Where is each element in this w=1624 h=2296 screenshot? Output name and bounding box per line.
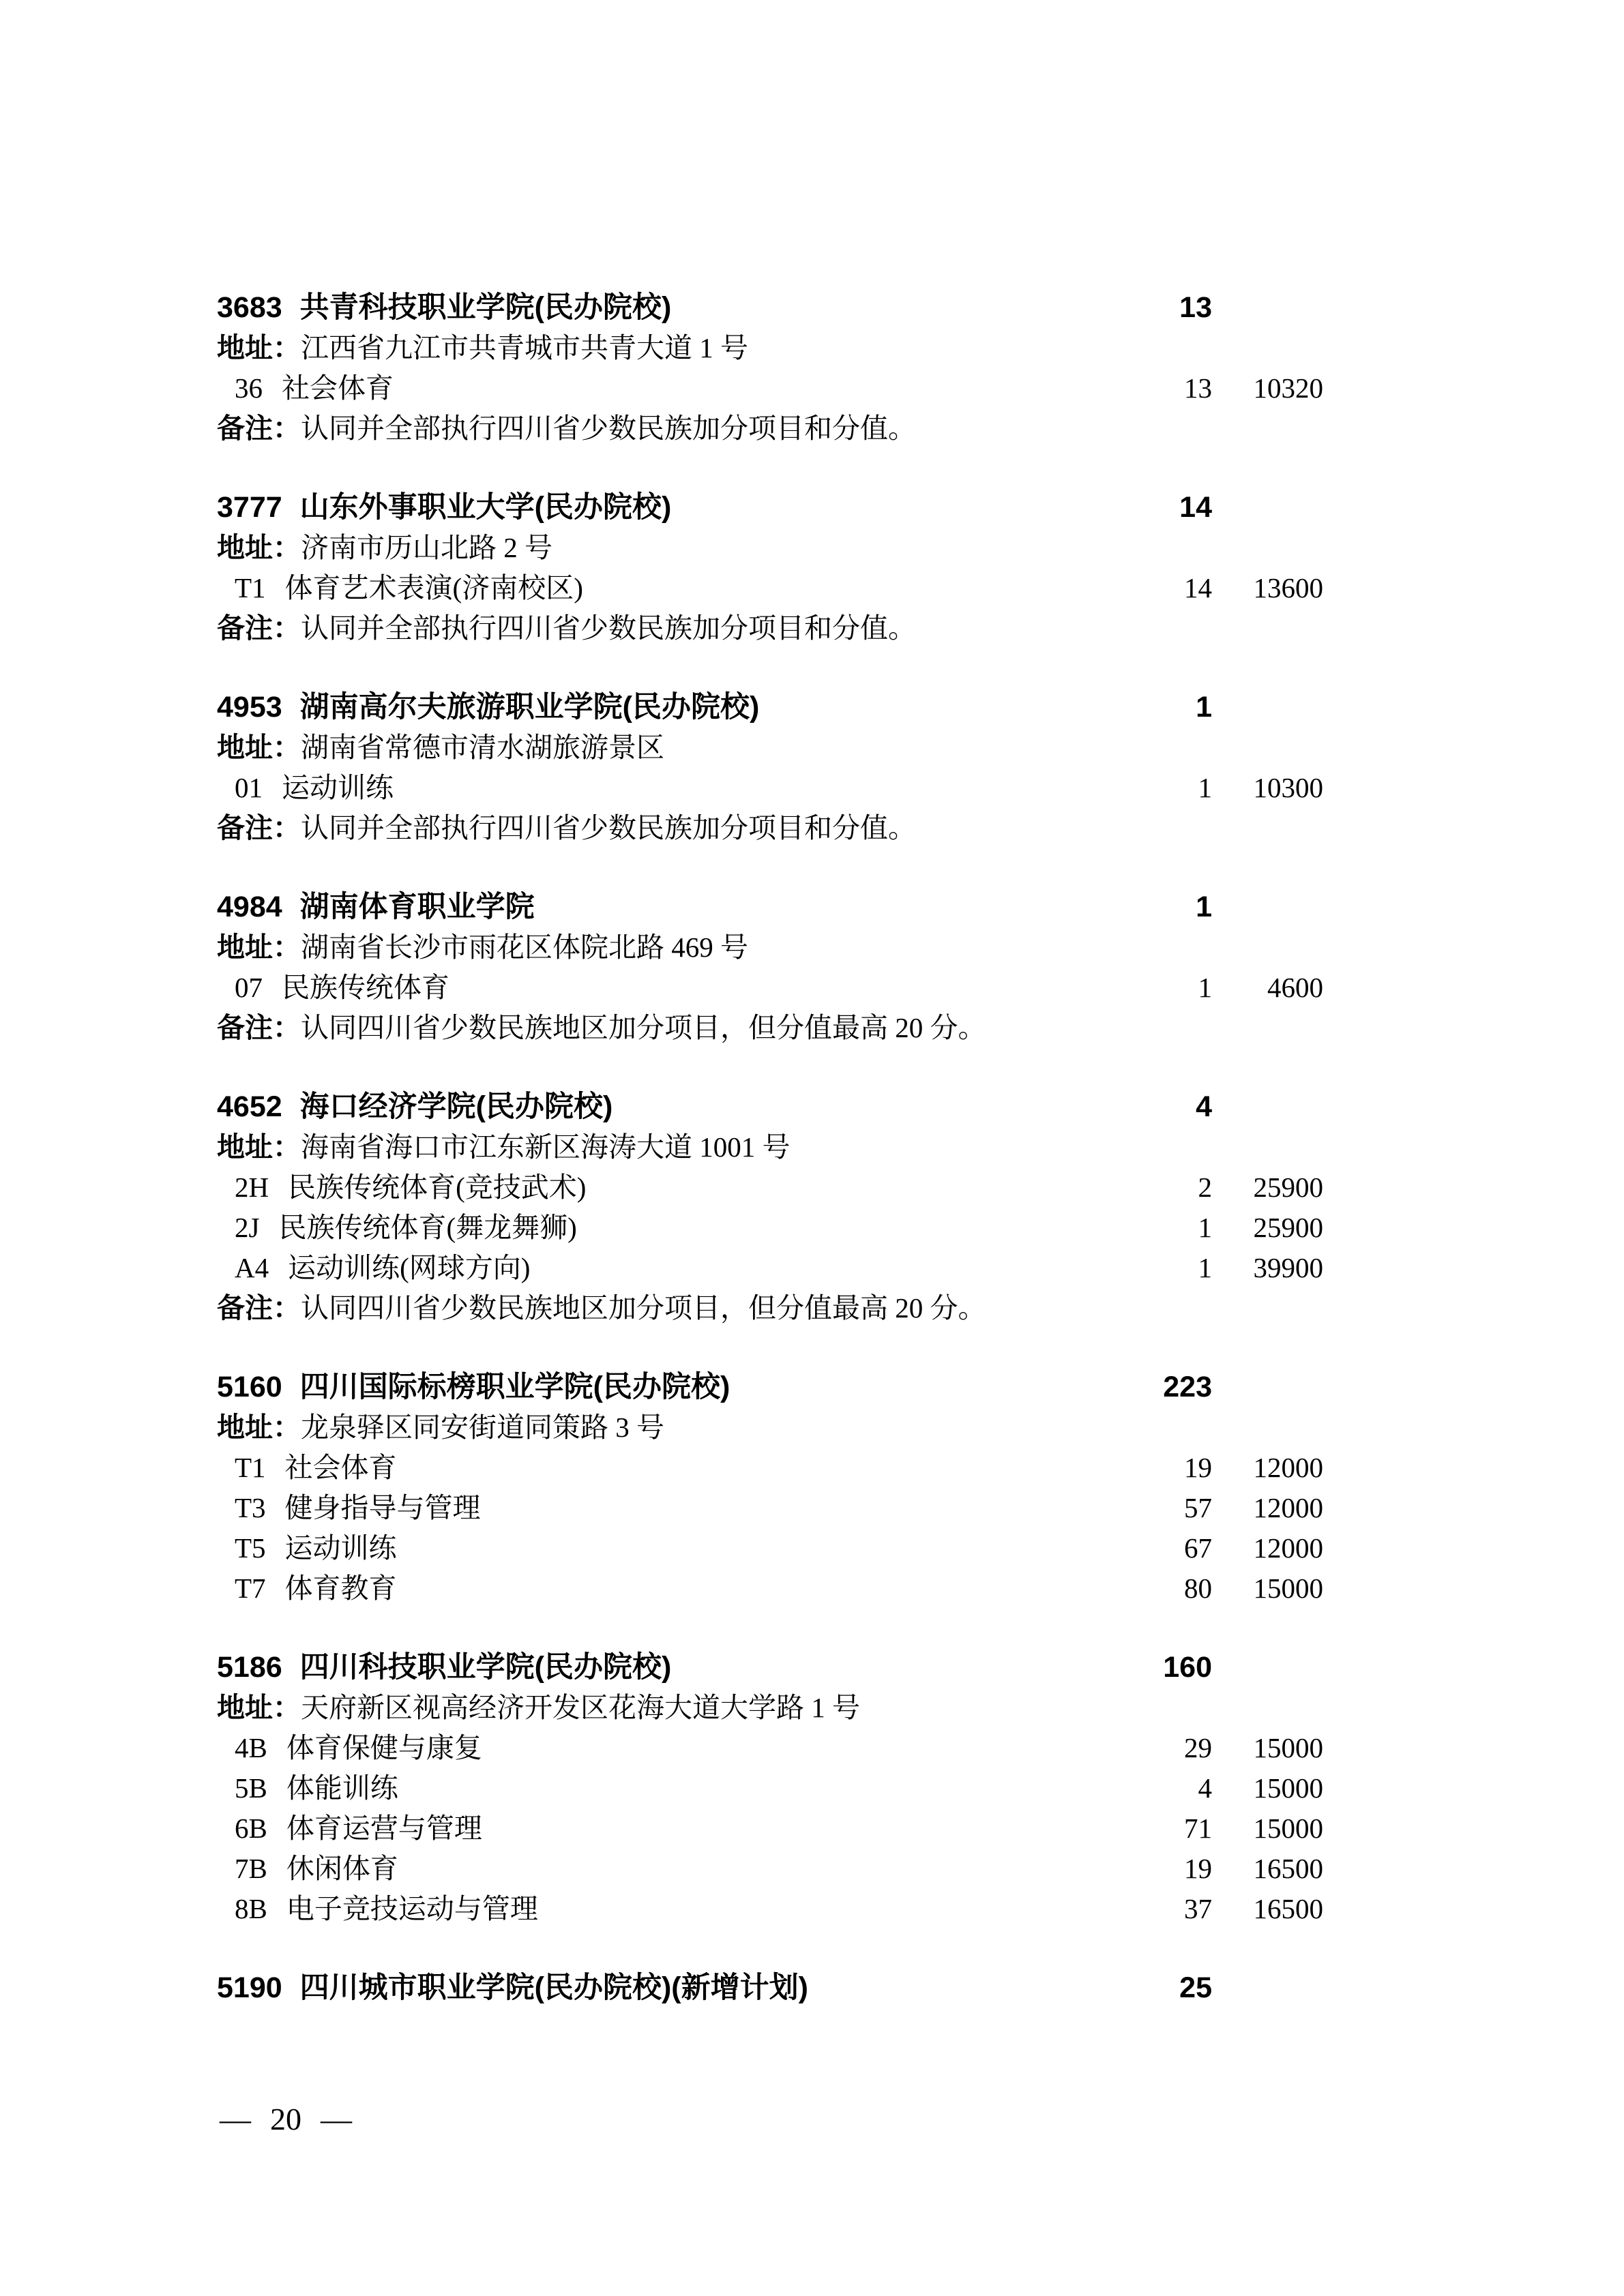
program-code: T1: [235, 1448, 266, 1488]
college-total-count: 13: [1117, 288, 1212, 328]
address-row: 地址：湖南省常德市清水湖旅游景区: [217, 728, 1323, 768]
college-name: 湖南高尔夫旅游职业学院(民办院校): [300, 691, 760, 724]
program-name: 电子竞技运动与管理: [286, 1889, 1117, 1929]
program-fee: 16500: [1212, 1849, 1323, 1889]
program-count: 1: [1117, 968, 1212, 1008]
college-name: 四川国际标榜职业学院(民办院校): [300, 1371, 730, 1403]
address-text: 济南市历山北路 2 号: [301, 532, 552, 563]
college-name: 共青科技职业学院(民办院校): [300, 291, 672, 324]
address-text: 天府新区视高经济开发区花海大道大学路 1 号: [301, 1692, 860, 1723]
college-total-count: 1: [1117, 687, 1212, 728]
program-row: 7B 休闲体育 19 16500: [217, 1849, 1323, 1889]
college-total-count: 1: [1117, 887, 1212, 927]
remark-label: 备注：: [217, 812, 301, 844]
college-block: 4652海口经济学院(民办院校) 4 地址：海南省海口市江东新区海涛大道 100…: [217, 1087, 1323, 1328]
program-fee: 4600: [1212, 968, 1323, 1008]
college-total-count: 4: [1117, 1087, 1212, 1127]
college-name: 四川科技职业学院(民办院校): [300, 1651, 672, 1684]
program-fee: 12000: [1212, 1488, 1323, 1528]
program-fee: 13600: [1212, 568, 1323, 608]
college-block: 5160四川国际标榜职业学院(民办院校) 223 地址：龙泉驿区同安街道同策路 …: [217, 1367, 1323, 1609]
program-row: 36 社会体育 13 10320: [217, 368, 1323, 408]
program-name: 体育艺术表演(济南校区): [285, 568, 1117, 608]
remark-row: 备注：认同四川省少数民族地区加分项目，但分值最高 20 分。: [217, 1008, 1323, 1048]
college-name: 湖南体育职业学院: [300, 891, 535, 923]
address-row: 地址：江西省九江市共青城市共青大道 1 号: [217, 328, 1323, 368]
program-code: 36: [235, 368, 263, 408]
program-count: 29: [1117, 1728, 1212, 1768]
remark-label: 备注：: [217, 612, 301, 644]
program-count: 1: [1117, 768, 1212, 808]
address-text: 江西省九江市共青城市共青大道 1 号: [301, 332, 748, 363]
program-count: 67: [1117, 1528, 1212, 1568]
program-name: 民族传统体育: [282, 968, 1117, 1008]
college-total-count: 25: [1117, 1968, 1212, 2008]
remark-row: 备注：认同并全部执行四川省少数民族加分项目和分值。: [217, 608, 1323, 648]
college-title: 4652海口经济学院(民办院校): [217, 1087, 1117, 1127]
address-text: 湖南省常德市清水湖旅游景区: [301, 732, 664, 763]
college-code: 3777: [217, 491, 282, 524]
program-row: T1 社会体育 19 12000: [217, 1448, 1323, 1488]
address-label: 地址：: [217, 332, 301, 363]
remark-text: 认同并全部执行四川省少数民族加分项目和分值。: [301, 413, 916, 444]
college-header: 4984湖南体育职业学院 1: [217, 887, 1323, 927]
program-code: 2J: [235, 1208, 259, 1248]
program-row: T5 运动训练 67 12000: [217, 1528, 1323, 1568]
page-footer: — 20 —: [220, 2099, 352, 2140]
college-title: 3683共青科技职业学院(民办院校): [217, 288, 1117, 328]
program-count: 19: [1117, 1849, 1212, 1889]
program-fee: 15000: [1212, 1768, 1323, 1808]
program-fee: 25900: [1212, 1167, 1323, 1208]
remark-row: 备注：认同并全部执行四川省少数民族加分项目和分值。: [217, 408, 1323, 449]
program-fee: 10320: [1212, 368, 1323, 408]
college-header: 3683共青科技职业学院(民办院校) 13: [217, 288, 1323, 328]
program-name: 体育保健与康复: [286, 1728, 1117, 1768]
program-name: 民族传统体育(竞技武术): [288, 1167, 1117, 1208]
program-count: 14: [1117, 568, 1212, 608]
college-block: 5186四川科技职业学院(民办院校) 160 地址：天府新区视高经济开发区花海大…: [217, 1648, 1323, 1929]
program-fee: 15000: [1212, 1728, 1323, 1768]
program-code: T1: [235, 568, 266, 608]
college-title: 5186四川科技职业学院(民办院校): [217, 1648, 1117, 1688]
program-name: 民族传统体育(舞龙舞狮): [278, 1208, 1117, 1248]
program-count: 1: [1117, 1248, 1212, 1288]
college-title: 4984湖南体育职业学院: [217, 887, 1117, 927]
college-code: 5186: [217, 1651, 282, 1684]
program-count: 19: [1117, 1448, 1212, 1488]
program-name: 运动训练: [282, 768, 1117, 808]
document-page: 3683共青科技职业学院(民办院校) 13 地址：江西省九江市共青城市共青大道 …: [0, 0, 1624, 2296]
page-number: 20: [270, 2099, 301, 2140]
program-row: T1 体育艺术表演(济南校区) 14 13600: [217, 568, 1323, 608]
program-row: 01 运动训练 1 10300: [217, 768, 1323, 808]
program-row: 2J 民族传统体育(舞龙舞狮) 1 25900: [217, 1208, 1323, 1248]
remark-label: 备注：: [217, 413, 301, 444]
college-header: 5186四川科技职业学院(民办院校) 160: [217, 1648, 1323, 1688]
program-row: 5B 体能训练 4 15000: [217, 1768, 1323, 1808]
college-total-count: 160: [1117, 1648, 1212, 1688]
program-code: 5B: [235, 1768, 267, 1808]
remark-label: 备注：: [217, 1012, 301, 1043]
college-block: 4953湖南高尔夫旅游职业学院(民办院校) 1 地址：湖南省常德市清水湖旅游景区…: [217, 687, 1323, 848]
college-code: 4984: [217, 891, 282, 923]
program-code: T3: [235, 1488, 266, 1528]
program-count: 4: [1117, 1768, 1212, 1808]
college-name: 海口经济学院(民办院校): [300, 1090, 613, 1123]
program-count: 57: [1117, 1488, 1212, 1528]
college-block: 5190四川城市职业学院(民办院校)(新增计划) 25: [217, 1968, 1323, 2008]
program-name: 休闲体育: [286, 1849, 1117, 1889]
address-label: 地址：: [217, 1412, 301, 1443]
college-header: 3777山东外事职业大学(民办院校) 14: [217, 488, 1323, 528]
program-fee: 15000: [1212, 1568, 1323, 1609]
address-text: 湖南省长沙市雨花区体院北路 469 号: [301, 931, 748, 963]
college-plan-list: 3683共青科技职业学院(民办院校) 13 地址：江西省九江市共青城市共青大道 …: [217, 288, 1323, 2047]
address-row: 地址：天府新区视高经济开发区花海大道大学路 1 号: [217, 1688, 1323, 1728]
program-fee: 16500: [1212, 1889, 1323, 1929]
address-row: 地址：济南市历山北路 2 号: [217, 528, 1323, 568]
college-title: 4953湖南高尔夫旅游职业学院(民办院校): [217, 687, 1117, 728]
program-name: 运动训练(网球方向): [288, 1248, 1117, 1288]
college-code: 3683: [217, 291, 282, 324]
program-row: 4B 体育保健与康复 29 15000: [217, 1728, 1323, 1768]
program-row: T7 体育教育 80 15000: [217, 1568, 1323, 1609]
remark-text: 认同并全部执行四川省少数民族加分项目和分值。: [301, 612, 916, 644]
program-row: T3 健身指导与管理 57 12000: [217, 1488, 1323, 1528]
college-header: 4652海口经济学院(民办院校) 4: [217, 1087, 1323, 1127]
program-code: A4: [235, 1248, 269, 1288]
program-name: 社会体育: [282, 368, 1117, 408]
college-title: 5160四川国际标榜职业学院(民办院校): [217, 1367, 1117, 1407]
college-code: 4652: [217, 1090, 282, 1123]
program-name: 健身指导与管理: [285, 1488, 1117, 1528]
program-row: A4 运动训练(网球方向) 1 39900: [217, 1248, 1323, 1288]
college-name: 山东外事职业大学(民办院校): [300, 491, 672, 524]
college-header: 4953湖南高尔夫旅游职业学院(民办院校) 1: [217, 687, 1323, 728]
program-row: 8B 电子竞技运动与管理 37 16500: [217, 1889, 1323, 1929]
program-name: 体能训练: [286, 1768, 1117, 1808]
program-fee: 25900: [1212, 1208, 1323, 1248]
program-name: 社会体育: [285, 1448, 1117, 1488]
remark-row: 备注：认同并全部执行四川省少数民族加分项目和分值。: [217, 808, 1323, 848]
program-row: 2H 民族传统体育(竞技武术) 2 25900: [217, 1167, 1323, 1208]
address-label: 地址：: [217, 532, 301, 563]
program-count: 2: [1117, 1167, 1212, 1208]
footer-dash-left: —: [220, 2099, 251, 2140]
program-fee: 12000: [1212, 1528, 1323, 1568]
remark-text: 认同四川省少数民族地区加分项目，但分值最高 20 分。: [301, 1012, 986, 1043]
program-name: 运动训练: [285, 1528, 1117, 1568]
college-code: 4953: [217, 691, 282, 724]
program-code: T7: [235, 1568, 266, 1609]
remark-row: 备注：认同四川省少数民族地区加分项目，但分值最高 20 分。: [217, 1288, 1323, 1328]
college-code: 5190: [217, 1971, 282, 2004]
program-row: 6B 体育运营与管理 71 15000: [217, 1808, 1323, 1849]
college-code: 5160: [217, 1371, 282, 1403]
program-code: 4B: [235, 1728, 267, 1768]
college-header: 5190四川城市职业学院(民办院校)(新增计划) 25: [217, 1968, 1323, 2008]
remark-label: 备注：: [217, 1292, 301, 1324]
college-title: 3777山东外事职业大学(民办院校): [217, 488, 1117, 528]
address-row: 地址：海南省海口市江东新区海涛大道 1001 号: [217, 1127, 1323, 1167]
college-name: 四川城市职业学院(民办院校)(新增计划): [300, 1971, 808, 2004]
address-text: 海南省海口市江东新区海涛大道 1001 号: [301, 1131, 791, 1163]
address-label: 地址：: [217, 732, 301, 763]
program-count: 1: [1117, 1208, 1212, 1248]
program-count: 80: [1117, 1568, 1212, 1609]
address-text: 龙泉驿区同安街道同策路 3 号: [301, 1412, 664, 1443]
program-code: 07: [235, 968, 263, 1008]
address-label: 地址：: [217, 1131, 301, 1163]
program-count: 71: [1117, 1808, 1212, 1849]
college-block: 4984湖南体育职业学院 1 地址：湖南省长沙市雨花区体院北路 469 号 07…: [217, 887, 1323, 1048]
address-label: 地址：: [217, 931, 301, 963]
program-code: 7B: [235, 1849, 267, 1889]
program-fee: 39900: [1212, 1248, 1323, 1288]
address-label: 地址：: [217, 1692, 301, 1723]
program-code: 2H: [235, 1167, 269, 1208]
college-block: 3683共青科技职业学院(民办院校) 13 地址：江西省九江市共青城市共青大道 …: [217, 288, 1323, 449]
college-block: 3777山东外事职业大学(民办院校) 14 地址：济南市历山北路 2 号 T1 …: [217, 488, 1323, 648]
program-count: 13: [1117, 368, 1212, 408]
program-name: 体育教育: [285, 1568, 1117, 1609]
program-code: 6B: [235, 1808, 267, 1849]
program-fee: 10300: [1212, 768, 1323, 808]
program-count: 37: [1117, 1889, 1212, 1929]
program-code: 8B: [235, 1889, 267, 1929]
program-code: T5: [235, 1528, 266, 1568]
remark-text: 认同并全部执行四川省少数民族加分项目和分值。: [301, 812, 916, 844]
college-header: 5160四川国际标榜职业学院(民办院校) 223: [217, 1367, 1323, 1407]
program-fee: 12000: [1212, 1448, 1323, 1488]
remark-text: 认同四川省少数民族地区加分项目，但分值最高 20 分。: [301, 1292, 986, 1324]
address-row: 地址：龙泉驿区同安街道同策路 3 号: [217, 1407, 1323, 1448]
college-total-count: 14: [1117, 488, 1212, 528]
program-row: 07 民族传统体育 1 4600: [217, 968, 1323, 1008]
program-name: 体育运营与管理: [286, 1808, 1117, 1849]
college-title: 5190四川城市职业学院(民办院校)(新增计划): [217, 1968, 1117, 2008]
program-fee: 15000: [1212, 1808, 1323, 1849]
address-row: 地址：湖南省长沙市雨花区体院北路 469 号: [217, 927, 1323, 968]
footer-dash-right: —: [321, 2099, 352, 2140]
program-code: 01: [235, 768, 263, 808]
college-total-count: 223: [1117, 1367, 1212, 1407]
